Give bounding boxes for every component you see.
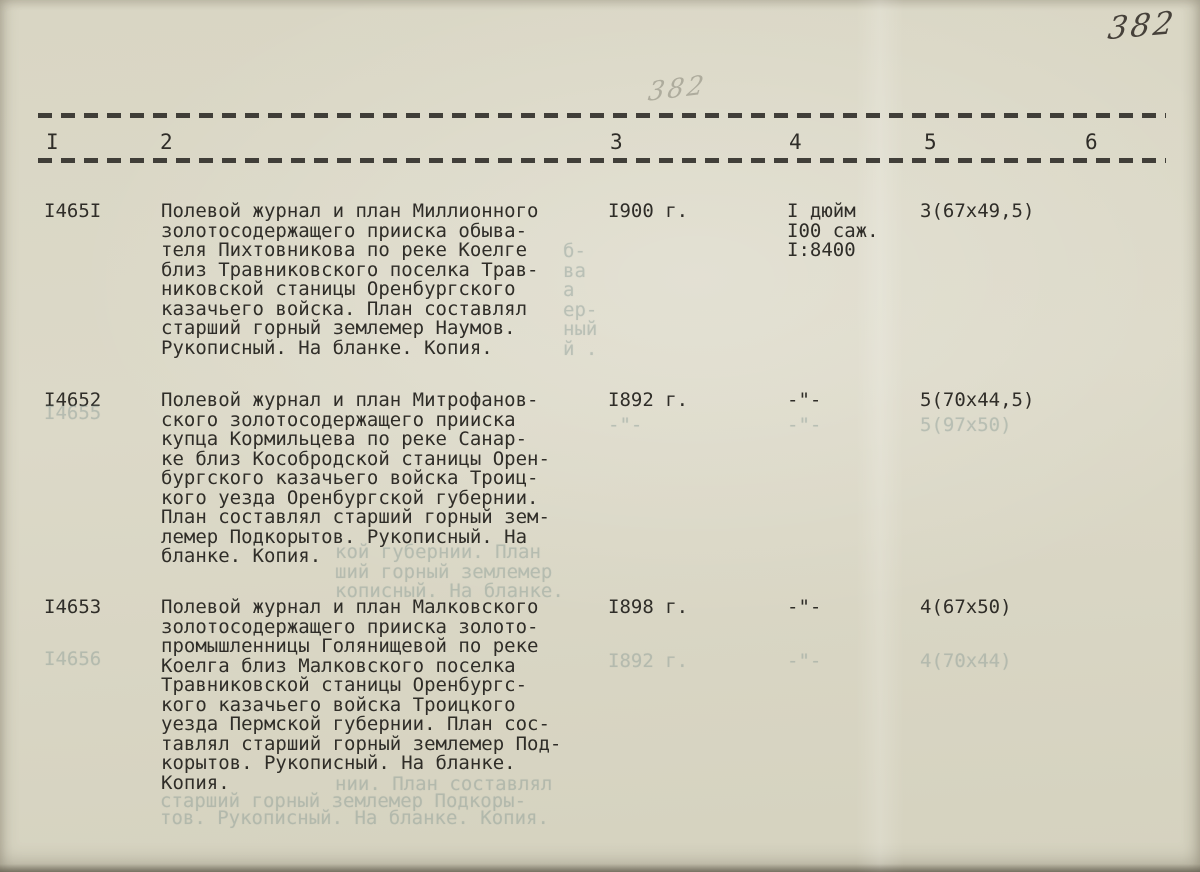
paper-crease	[856, 0, 904, 872]
bleedthrough-right-fragments: б- ва а ер- ный й .	[563, 242, 597, 359]
column-header-5: 5	[924, 130, 937, 154]
faint-center-page-number: 382	[646, 70, 708, 108]
entry-year: I900 г.	[608, 202, 688, 222]
entry-year: I898 г.	[608, 598, 688, 618]
handwritten-page-number: 382	[1106, 5, 1178, 47]
entry-id: I4653	[44, 598, 101, 618]
column-header-1: I	[46, 130, 59, 154]
entry-description: Полевой журнал и план Малковского золото…	[161, 598, 601, 793]
entry-sheet-size: 3(67x49,5)	[920, 202, 1034, 222]
bleedthrough-entry-id: I4655	[44, 404, 101, 424]
entry-scale: I дюйм I00 саж. I:8400	[787, 202, 879, 261]
column-header-2: 2	[160, 130, 173, 154]
bleedthrough-scale: -"-	[787, 652, 821, 672]
entry-id: I465I	[44, 202, 101, 222]
entry-sheet-size: 4(67x50)	[920, 598, 1012, 618]
bleedthrough-year: I892 г.	[608, 652, 688, 672]
bleedthrough-text-block: кой губернии. План ший горный землемер к…	[335, 543, 564, 602]
bleedthrough-sheet-size: 5(97x50)	[920, 416, 1012, 436]
bleedthrough-bottom-line: тов. Рукописный. На бланке. Копия.	[160, 809, 549, 829]
column-header-4: 4	[789, 130, 802, 154]
entry-scale: -"-	[787, 598, 821, 618]
scanned-archive-inventory-page: 382 382 I 2 3 4 5 6 I465I Полевой журнал…	[0, 0, 1200, 872]
entry-scale: -"-	[787, 391, 821, 411]
entry-description: Полевой журнал и план Миллионного золото…	[161, 202, 601, 358]
bleedthrough-scale: -"-	[787, 416, 821, 436]
column-header-3: 3	[610, 130, 623, 154]
dashed-rule-bottom	[38, 158, 1166, 163]
entry-year: I892 г.	[608, 391, 688, 411]
bleedthrough-entry-id: I4656	[44, 650, 101, 670]
bleedthrough-sheet-size: 4(70x44)	[920, 652, 1012, 672]
column-header-6: 6	[1085, 130, 1098, 154]
bleedthrough-year: -"-	[608, 416, 642, 436]
dashed-rule-top	[38, 113, 1166, 118]
entry-sheet-size: 5(70x44,5)	[920, 391, 1034, 411]
